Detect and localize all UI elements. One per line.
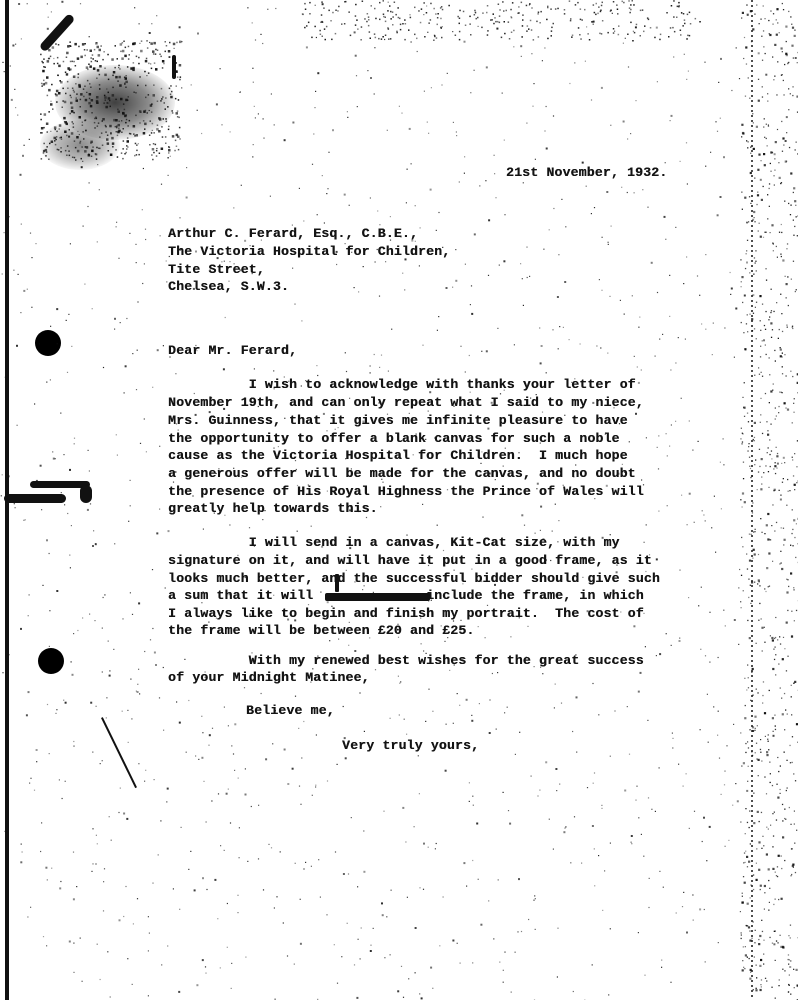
body-line: I will send in a canvas, Kit-Cat size, w… <box>168 534 620 552</box>
ink-smudge <box>80 485 92 503</box>
ink-smudge <box>335 574 339 592</box>
ink-stain <box>40 120 120 170</box>
body-line: the frame will be between £20 and £25. <box>168 622 474 640</box>
body-line: November 19th, and can only repeat what … <box>168 394 644 412</box>
dotted-margin-line <box>751 0 753 1000</box>
punch-hole <box>35 330 61 356</box>
body-line: signature on it, and will have it put in… <box>168 552 652 570</box>
struck-out-word <box>325 593 430 601</box>
recipient-line: Arthur C. Ferard, Esq., C.B.E., <box>168 225 418 243</box>
body-line: Mrs. Guinness, that it gives me infinite… <box>168 412 628 430</box>
body-line: I wish to acknowledge with thanks your l… <box>168 376 636 394</box>
body-line: a generous offer will be made for the ca… <box>168 465 636 483</box>
closing-believe-me: Believe me, <box>246 702 335 720</box>
body-line: looks much better, and the successful bi… <box>168 570 660 588</box>
ink-smudge <box>4 494 66 503</box>
recipient-line: The Victoria Hospital for Children, <box>168 243 450 261</box>
recipient-line: Tite Street, <box>168 261 265 279</box>
body-line: With my renewed best wishes for the grea… <box>168 652 644 670</box>
punch-hole <box>38 648 64 674</box>
closing-yours: Very truly yours, <box>342 737 479 755</box>
body-line: of your Midnight Matinee, <box>168 669 370 687</box>
pen-scratch <box>101 717 137 788</box>
letter-page: 21st November, 1932. Arthur C. Ferard, E… <box>0 0 798 1000</box>
letter-date: 21st November, 1932. <box>506 164 667 182</box>
body-line: the presence of His Royal Highness the P… <box>168 483 644 501</box>
body-line: the opportunity to offer a blank canvas … <box>168 430 620 448</box>
ink-smudge <box>172 55 176 79</box>
salutation: Dear Mr. Ferard, <box>168 342 297 360</box>
recipient-line: Chelsea, S.W.3. <box>168 278 289 296</box>
body-line: cause as the Victoria Hospital for Child… <box>168 447 628 465</box>
body-line: greatly help towards this. <box>168 500 378 518</box>
ink-smudge <box>39 13 76 52</box>
body-line: I always like to begin and finish my por… <box>168 605 644 623</box>
